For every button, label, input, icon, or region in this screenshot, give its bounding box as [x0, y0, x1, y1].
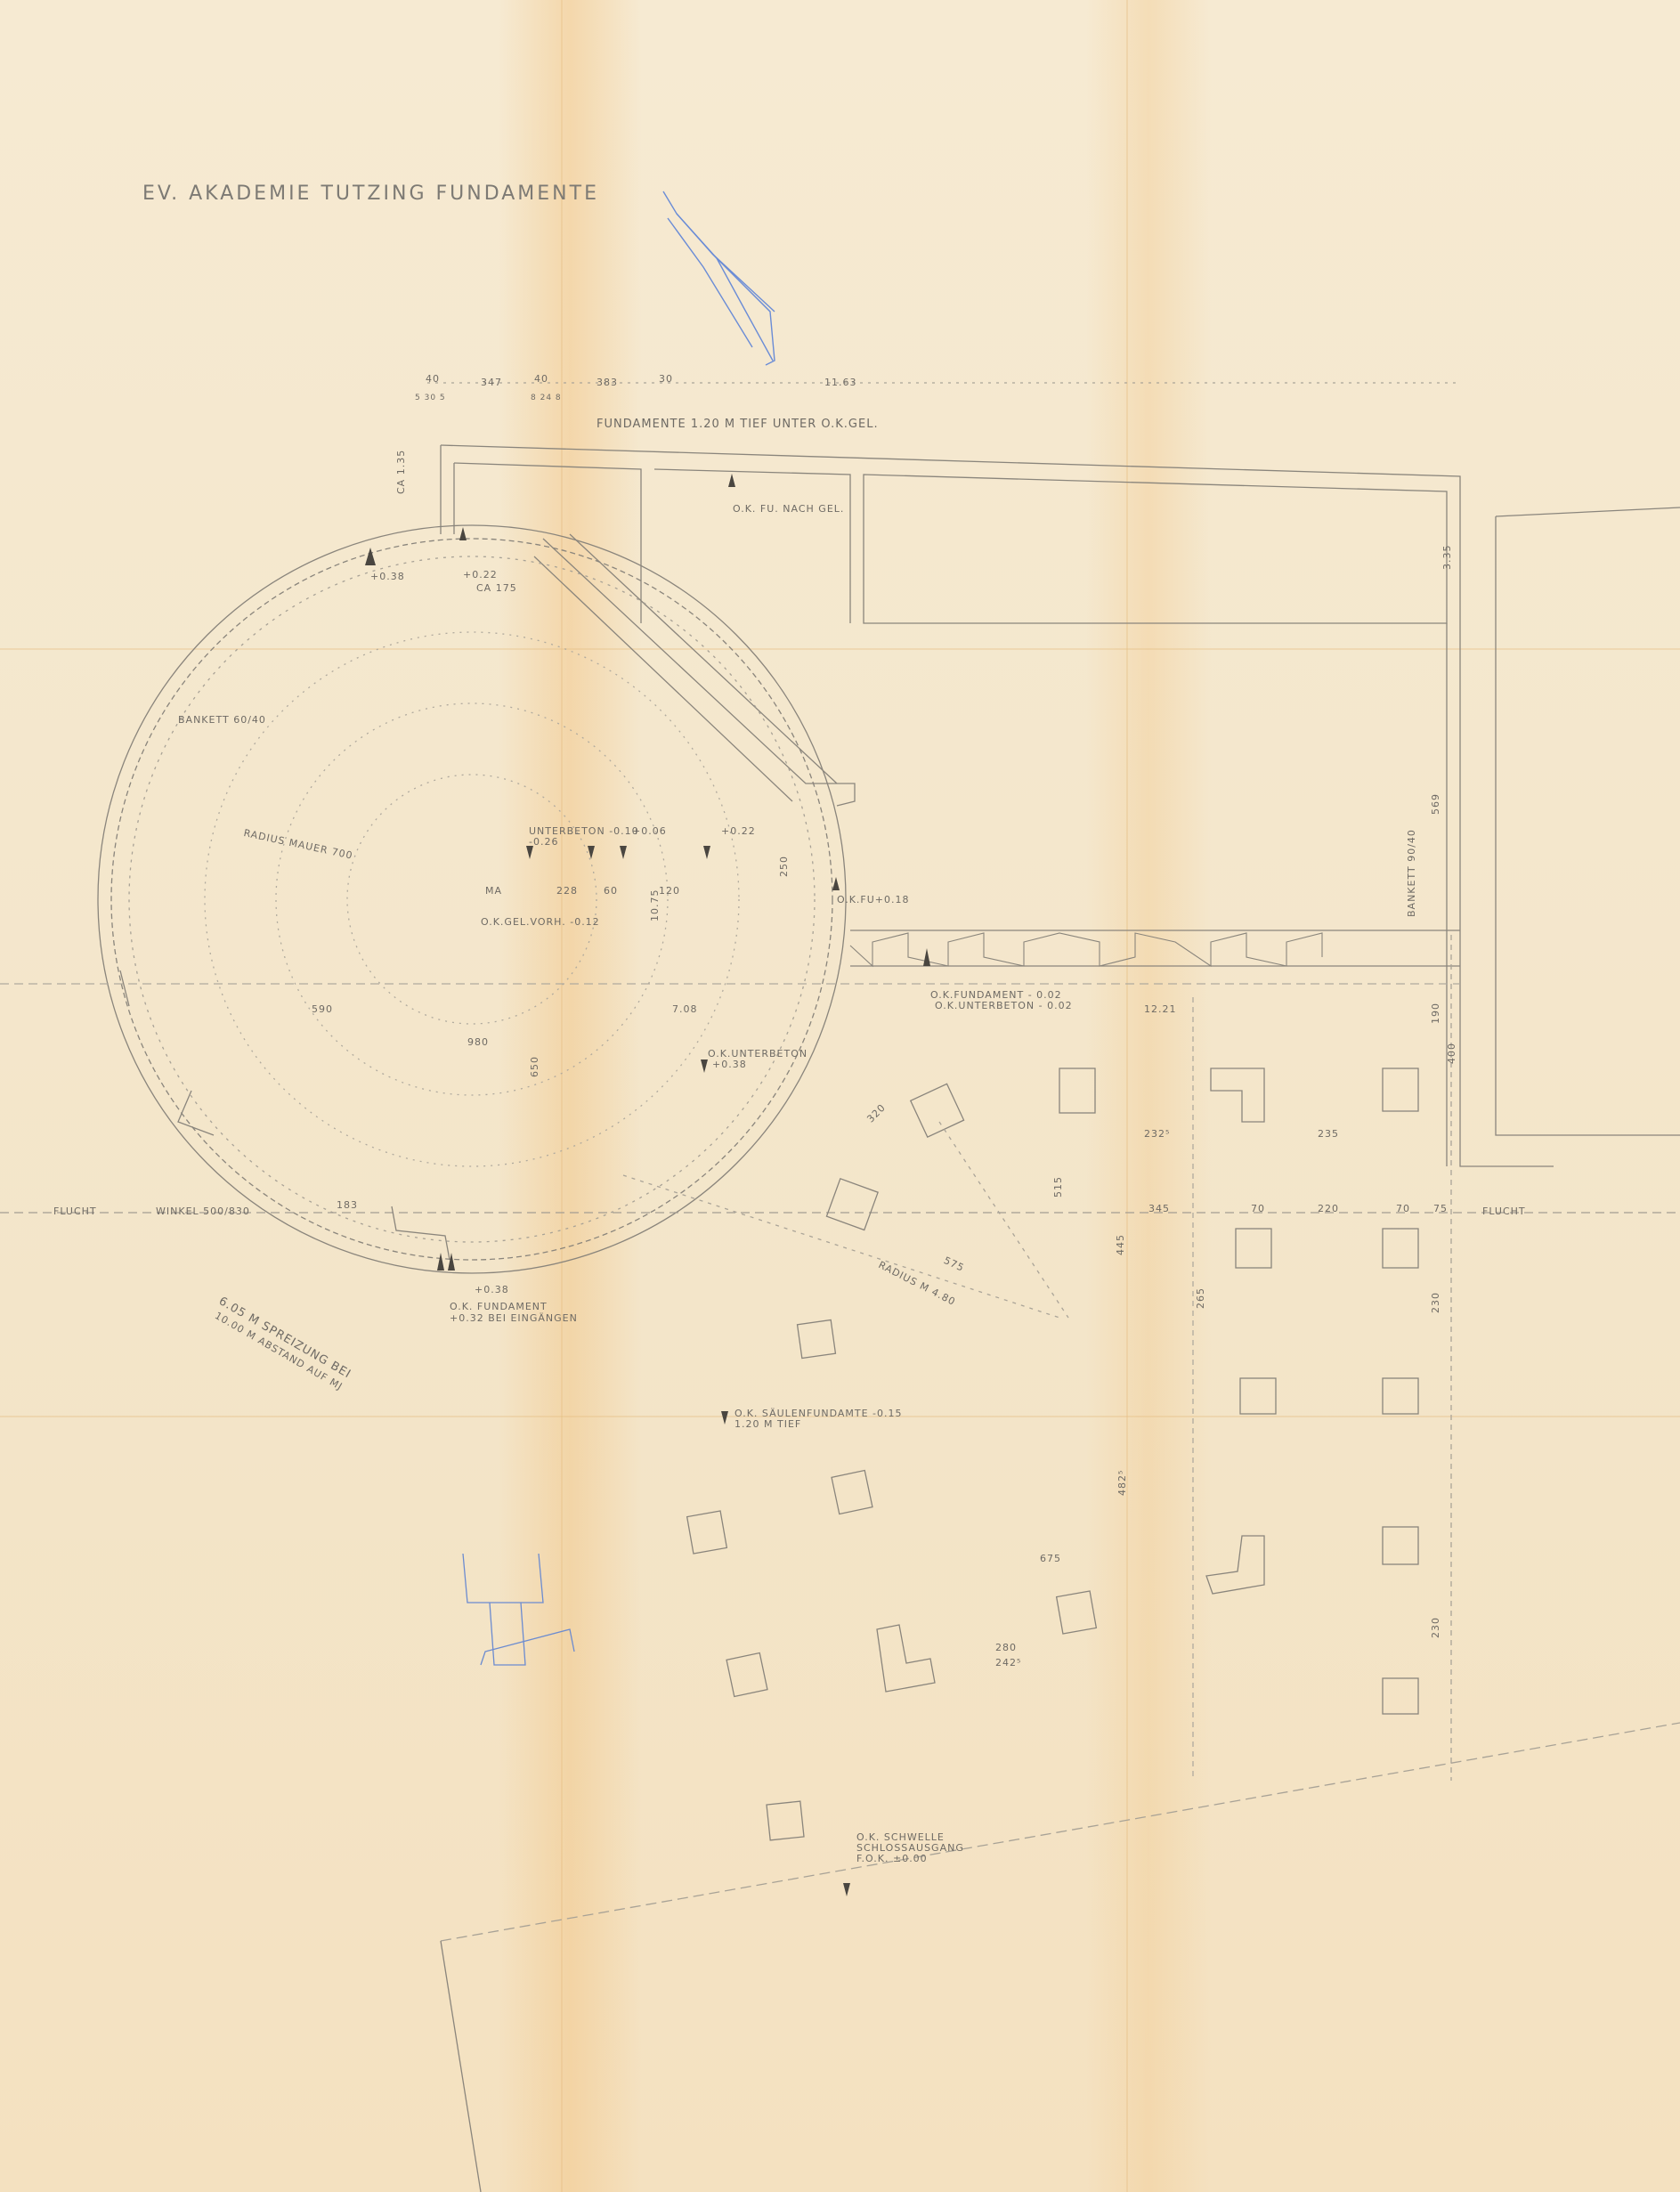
- dim-70b: 70: [1396, 1204, 1410, 1215]
- dim-183: 183: [337, 1200, 358, 1212]
- level-plus-022-inner: +0.22: [721, 826, 756, 838]
- note-bankett-90-40: BANKETT 90/40: [1407, 829, 1418, 917]
- dim-708: 7.08: [672, 1004, 698, 1016]
- note-foundation-depth: FUNDAMENTE 1.20 M TIEF UNTER O.K.GEL.: [597, 418, 879, 432]
- dim-top-2: 347: [481, 378, 502, 389]
- level-plus-038-top: +0.38: [370, 572, 405, 583]
- room-top-right: [864, 475, 1447, 623]
- dim-235: 235: [1318, 1129, 1339, 1141]
- note-saeulenfundamente-depth: 1.20 M TIEF: [734, 1419, 801, 1431]
- dim-230b: 230: [1431, 1617, 1442, 1638]
- dim-top-4: 383: [597, 378, 618, 389]
- drawing-title: EV. AKADEMIE TUTZING FUNDAMENTE: [142, 183, 599, 205]
- dim-980: 980: [467, 1037, 489, 1049]
- right-annex: [1496, 516, 1680, 1135]
- dim-675: 675: [1040, 1554, 1061, 1565]
- note-ca-135: CA 1.35: [396, 450, 408, 494]
- dim-569: 569: [1431, 793, 1442, 815]
- level-plus-038-bottom: +0.38: [475, 1285, 509, 1296]
- note-ca-175: CA 175: [476, 583, 517, 595]
- note-flucht-left: FLUCHT: [53, 1206, 97, 1218]
- dim-top-3: 40: [534, 374, 548, 386]
- dim-2325: 232⁵: [1144, 1129, 1170, 1141]
- note-ok-unterbeton-038-val: +0.38: [712, 1059, 747, 1071]
- dim-590: 590: [312, 1004, 333, 1016]
- circle-wall-outer: [98, 525, 846, 1273]
- note-ok-gelvorh: O.K.GEL.VORH. -0.12: [481, 917, 600, 929]
- level-plus-022-top: +0.22: [463, 570, 498, 581]
- label-ma: MA: [485, 886, 502, 897]
- dim-120: 120: [659, 886, 680, 897]
- dim-top-sub-2: 8 24 8: [531, 394, 562, 402]
- dim-650: 650: [530, 1056, 541, 1077]
- footing: [1059, 1068, 1095, 1113]
- footing-l: [1211, 1068, 1264, 1122]
- dim-top-6: 11.63: [824, 378, 857, 389]
- dim-70a: 70: [1251, 1204, 1265, 1215]
- note-winkel: WINKEL 500/830: [156, 1206, 250, 1218]
- note-bankett-60-40: BANKETT 60/40: [178, 715, 266, 727]
- dim-280: 280: [995, 1643, 1017, 1654]
- dim-400: 400: [1447, 1043, 1458, 1064]
- note-flucht-right: FLUCHT: [1482, 1206, 1526, 1218]
- dim-228: 228: [556, 886, 578, 897]
- note-unterbeton-sub: -0.26: [529, 837, 558, 848]
- dim-190: 190: [1431, 1003, 1442, 1024]
- foundation-plan-linework: [0, 0, 1680, 2192]
- dim-2425: 242⁵: [995, 1658, 1021, 1669]
- dim-top-5: 30: [659, 374, 673, 386]
- dim-220: 220: [1318, 1204, 1339, 1215]
- dim-4825: 482⁵: [1117, 1470, 1129, 1496]
- dim-230a: 230: [1431, 1292, 1442, 1313]
- diagonal-wall: [543, 539, 855, 806]
- level-markers: [365, 474, 930, 1896]
- note-fok: F.O.K. ±0.00: [856, 1854, 928, 1865]
- blue-sketch-top: [663, 191, 775, 365]
- note-ok-fu-nach-gel: O.K. FU. NACH GEL.: [733, 504, 844, 516]
- level-plus-006: +0.06: [632, 826, 667, 838]
- note-ok-unterbeton-002: O.K.UNTERBETON - 0.02: [935, 1001, 1073, 1012]
- dim-445: 445: [1116, 1234, 1127, 1255]
- dim-60: 60: [604, 886, 618, 897]
- right-wall: [1460, 623, 1554, 1166]
- dim-265: 265: [1196, 1287, 1207, 1309]
- dim-345: 345: [1148, 1204, 1170, 1215]
- note-ok-fu-018: O.K.FU+0.18: [837, 895, 910, 906]
- dim-250: 250: [779, 856, 791, 877]
- drawing-sheet: EV. AKADEMIE TUTZING FUNDAMENTE 40 347 4…: [0, 0, 1680, 2192]
- blue-sketch-left: [463, 1554, 543, 1603]
- dim-1221: 12.21: [1144, 1004, 1177, 1016]
- dim-515: 515: [1053, 1176, 1065, 1197]
- dim-335: 3.35: [1442, 545, 1454, 571]
- dim-top-1: 40: [426, 374, 440, 386]
- lower-boundary: [441, 1723, 1680, 1941]
- top-wall-outer: [441, 445, 1460, 623]
- note-ok-fundament-eingang-2: +0.32 BEI EINGÄNGEN: [450, 1313, 578, 1325]
- dim-1075: 10.75: [650, 889, 661, 922]
- note-ok-fundament-eingang: O.K. FUNDAMENT: [450, 1302, 548, 1313]
- dim-top-sub-1: 5 30 5: [415, 394, 446, 402]
- dim-75: 75: [1433, 1204, 1448, 1215]
